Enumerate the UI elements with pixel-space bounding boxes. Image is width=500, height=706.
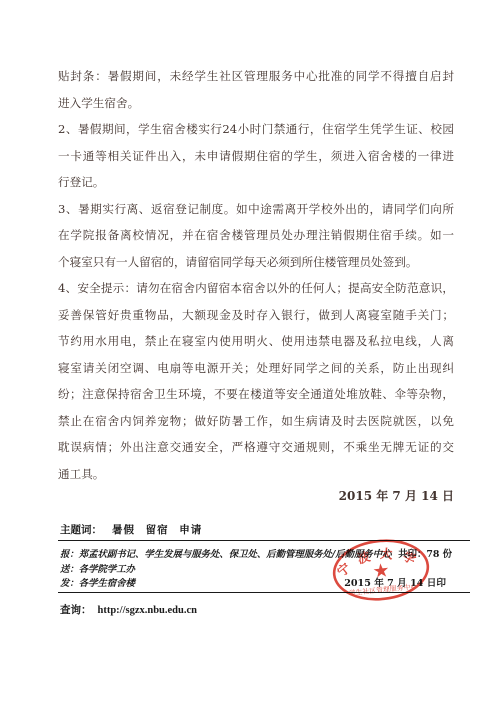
body-line: 2、暑假期间，学生宿舍楼实行24小时门禁通行，住宿学生凭学生证、校园 <box>58 116 454 143</box>
body-line: 节约用水用电，禁止在寝室内使用明火、使用违禁电器及私拉电线，人离 <box>58 328 454 355</box>
seal-department-name: 学生社区管理服务中心 <box>348 581 418 597</box>
body-line: 通工具。 <box>58 461 454 488</box>
query-row: 查询：http://sgzx.nbu.edu.cn <box>60 602 197 617</box>
body-line: 纷；注意保持宿舍卫生环境，不要在楼道等安全通道处堆放鞋、伞等杂物， <box>58 381 454 408</box>
send-to-line: 送：各学院学工办 <box>60 561 135 575</box>
body-line: 耽误病情；外出注意交通安全，严格遵守交通规则，不乘坐无牌无证的交 <box>58 434 454 461</box>
body-line: 一卡通等相关证件出入，未申请假期住宿的学生，须进入宿舍楼的一律进 <box>58 143 454 170</box>
university-seal: 宁波大学 ★ 学生社区管理服务中心 <box>326 532 436 609</box>
keywords-label: 主题词： <box>60 524 102 536</box>
body-line: 进入学生宿舍。 <box>58 90 454 117</box>
document-page: 贴封条：暑假期间，未经学生社区管理服务中心批准的同学不得擅自启封 进入学生宿舍。… <box>0 0 500 706</box>
body-line: 寝室请关闭空调、电扇等电源开关；处理好同学之间的关系，防止出现纠 <box>58 355 454 382</box>
keywords-row: 主题词：暑假 留宿 申请 <box>60 522 202 537</box>
body-line: 妥善保管好贵重物品，大额现金及时存入银行，做到人离寝室随手关门； <box>58 302 454 329</box>
query-url: http://sgzx.nbu.edu.cn <box>98 605 197 616</box>
body-line: 贴封条：暑假期间，未经学生社区管理服务中心批准的同学不得擅自启封 <box>58 63 454 90</box>
body-line: 个寝室只有一人留宿的，请留宿同学每天必须到所住楼管理员处签到。 <box>58 249 454 276</box>
issue-date: 2015 年 7 月 14 日 <box>58 487 454 504</box>
seal-star-icon: ★ <box>371 559 390 583</box>
query-label: 查询： <box>60 604 92 616</box>
issue-to-line: 发：各学生宿舍楼 <box>60 575 135 589</box>
body-line: 行登记。 <box>58 169 454 196</box>
body-line: 禁止在宿舍内饲养宠物；做好防暑工作，如生病请及时去医院就医，以免 <box>58 408 454 435</box>
document-body: 贴封条：暑假期间，未经学生社区管理服务中心批准的同学不得擅自启封 进入学生宿舍。… <box>58 63 454 487</box>
body-line: 4、安全提示：请勿在宿舍内留宿本宿舍以外的任何人；提高安全防范意识， <box>58 275 454 302</box>
body-line: 在学院报备离校情况，并在宿舍楼管理员处办理注销假期住宿手续。如一 <box>58 222 454 249</box>
body-line: 3、暑期实行离、返宿登记制度。如中途需离开学校外出的，请同学们向所 <box>58 196 454 223</box>
keywords-value: 暑假 留宿 申请 <box>112 524 202 536</box>
